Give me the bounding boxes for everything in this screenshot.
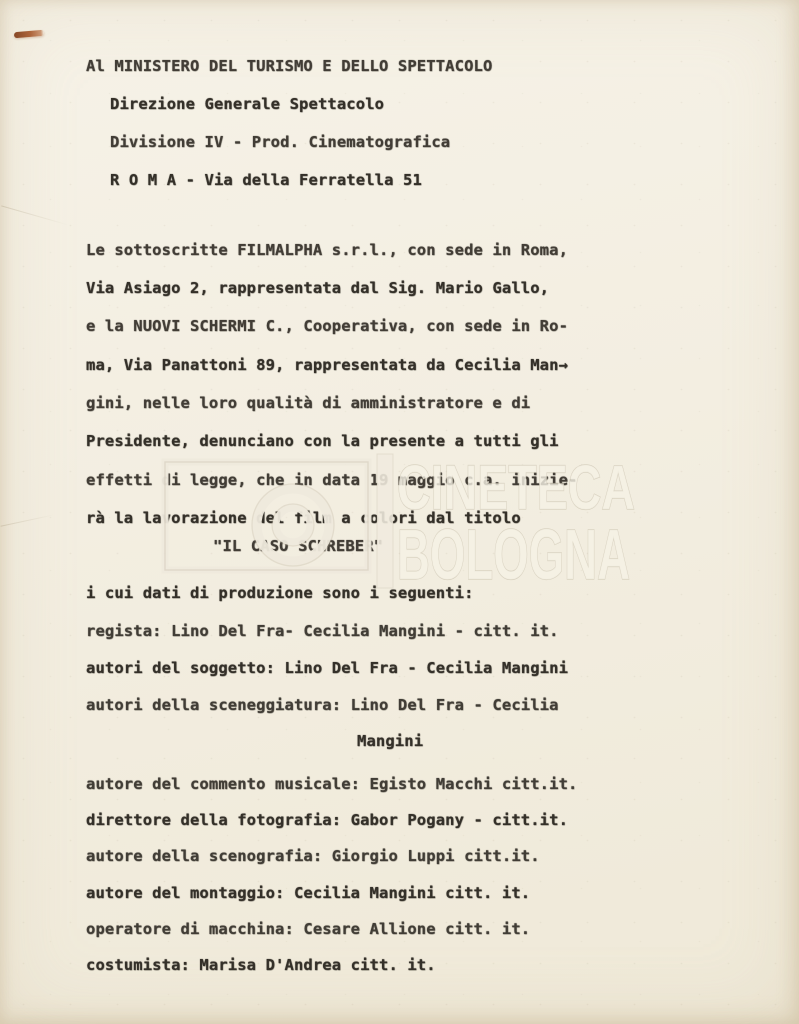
- credit-line-sceneggiatura: autori della sceneggiatura: Lino Del Fra…: [86, 697, 559, 714]
- recipient-line: Divisione IV - Prod. Cinematografica: [110, 134, 450, 151]
- credit-line-continuation: Mangini: [357, 733, 423, 750]
- typewritten-letter: Al MINISTERO DEL TURISMO E DELLO SPETTAC…: [0, 0, 799, 1024]
- body-line: e la NUOVI SCHERMI C., Cooperativa, con …: [86, 318, 568, 335]
- recipient-line: Al MINISTERO DEL TURISMO E DELLO SPETTAC…: [86, 58, 492, 75]
- body-line: Presidente, denunciano con la presente a…: [86, 433, 559, 450]
- credit-line-fotografia: direttore della fotografia: Gabor Pogany…: [86, 812, 568, 829]
- body-line: effetti di legge, che in data 19 maggio …: [86, 472, 578, 489]
- recipient-line: Direzione Generale Spettacolo: [110, 96, 384, 113]
- credit-line-regista: regista: Lino Del Fra- Cecilia Mangini -…: [86, 623, 559, 640]
- credit-line-operatore: operatore di macchina: Cesare Allione ci…: [86, 921, 530, 938]
- credit-line-scenografia: autore della scenografia: Giorgio Luppi …: [86, 848, 540, 865]
- body-line: gini, nelle loro qualità di amministrato…: [86, 395, 530, 412]
- body-line: i cui dati di produzione sono i seguenti…: [86, 585, 474, 602]
- body-line: rà la lavorazione del film a colori dal …: [86, 510, 521, 527]
- credit-line-costumista: costumista: Marisa D'Andrea citt. it.: [86, 957, 436, 974]
- document-page: Al MINISTERO DEL TURISMO E DELLO SPETTAC…: [0, 0, 799, 1024]
- recipient-address-line: R O M A - Via della Ferratella 51: [110, 172, 422, 189]
- body-line: ma, Via Panattoni 89, rappresentata da C…: [86, 357, 568, 374]
- film-title: "IL CASO SCHREBER": [213, 538, 383, 555]
- credit-line-soggetto: autori del soggetto: Lino Del Fra - Ceci…: [86, 660, 568, 677]
- body-line: Via Asiago 2, rappresentata dal Sig. Mar…: [86, 280, 549, 297]
- body-line: Le sottoscritte FILMALPHA s.r.l., con se…: [86, 242, 568, 259]
- credit-line-musica: autore del commento musicale: Egisto Mac…: [86, 776, 578, 793]
- credit-line-montaggio: autore del montaggio: Cecilia Mangini ci…: [86, 885, 530, 902]
